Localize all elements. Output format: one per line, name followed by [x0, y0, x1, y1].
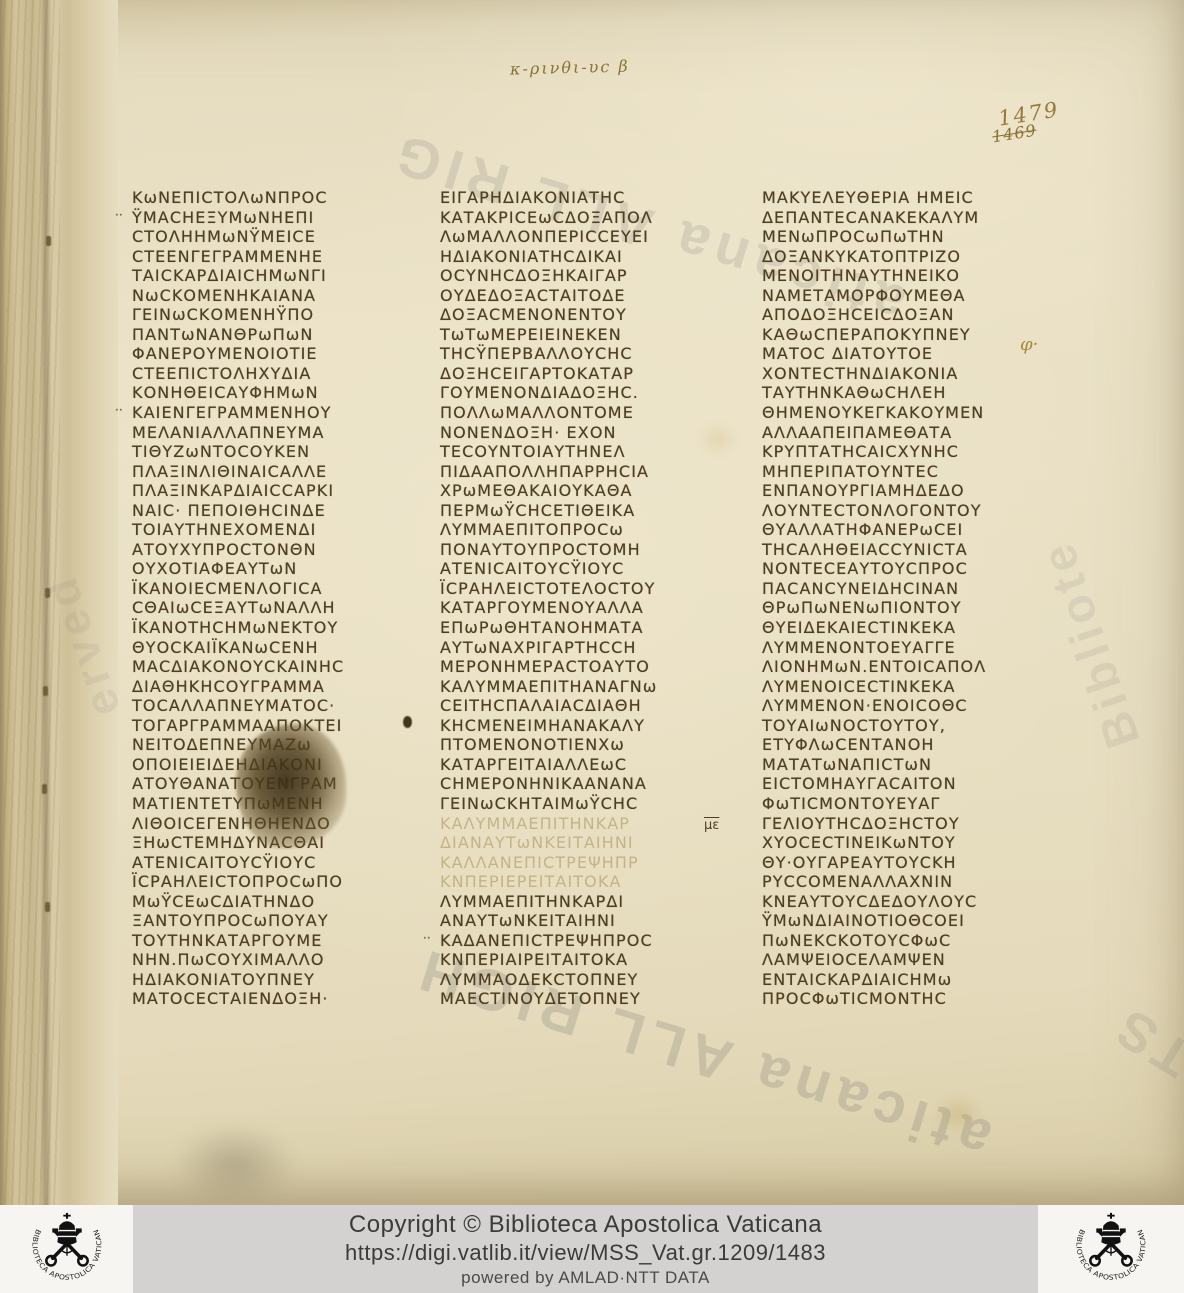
manuscript-line: ΠΑCΑΝCΥΝΕΙΔΗCΙΝΑΝ [762, 579, 1058, 599]
powered-by-line: powered by AMLAD·NTT DATA [133, 1266, 1038, 1289]
parchment-spot [934, 1096, 982, 1132]
copyright-line: Copyright © Biblioteca Apostolica Vatica… [133, 1210, 1038, 1239]
manuscript-line: ΠΟΛΛωΜΑΛΛΟΝΤΟΜΕ [440, 403, 736, 423]
manuscript-line: ΜΕΡΟΝΗΜΕΡΑCΤΟΑΥΤΟ [440, 657, 736, 677]
manuscript-line: ΕΝΠΑΝΟΥΡΓΙΑΜΗΔΕΔΟ [762, 481, 1058, 501]
manuscript-line: ΑΤΟΥΧΥΠΡΟCΤΟΝΘΝ [132, 540, 428, 560]
manuscript-line: ΔΟΞΗCΕΙΓΑΡΤΟΚΑΤΑΡ [440, 364, 736, 384]
manuscript-line: CΤΟΛΗΗΜωΝΫΜΕΙCΕ [132, 227, 428, 247]
vatican-library-logo-icon: BIBLIOTECA APOSTOLICA VATICANA [17, 1207, 117, 1291]
manuscript-line: ··ΚΑΔΑΝΕΠΙCΤΡΕΨΗΠΡΟC [440, 931, 736, 951]
vatican-library-logo-icon: BIBLIOTECA APOSTOLICA VATICANA [1061, 1207, 1161, 1291]
manuscript-line: ΓΕΙΝωCΚΗΤΑΙΜωΫCΗC [440, 794, 736, 814]
manuscript-line: ΜΑΕCΤΙΝΟΥΔΕΤΟΠΝΕΥ [440, 989, 736, 1009]
manuscript-line: ΔΟΞΑCΜΕΝΟΝΕΝΤΟΥ [440, 305, 736, 325]
spine-fold-line [40, 0, 52, 1205]
manuscript-line: ΛΙΟΝΗΜωΝ.ΕΝΤΟΙCΑΠΟΛ [762, 657, 1058, 677]
manuscript-line: ΜΑΤΟCΕCΤΑΙΕΝΔΟΞΗ· [132, 989, 428, 1009]
manuscript-line: ΓΕΙΝωCΚΟΜΕΝΗΫΠΟ [132, 305, 428, 325]
manuscript-line: ΤΗCΫΠΕΡΒΑΛΛΟΥCΗC [440, 344, 736, 364]
manuscript-line: ΛΑΜΨΕΙΟCΕΛΑΜΨΕΝ [762, 950, 1058, 970]
manuscript-line: ΪCΡΑΗΛΕΙCΤΟΤΕΛΟCΤΟΥ [440, 579, 736, 599]
manuscript-line: ΠΛΑΞΙΝΚΑΡΔΙΑΙCCΑΡΚΙ [132, 481, 428, 501]
manuscript-line: ΚΝΕΑΥΤΟΥCΔΕΔΟΥΛΟΥC [762, 892, 1058, 912]
manuscript-line: ΤΗCΑΛΗΘΕΙΑCCΥΝΙCΤΑ [762, 540, 1058, 560]
paragraph-mark: ·· [115, 401, 123, 421]
manuscript-line: ΗΔΙΑΚΟΝΙΑΤΟΥΠΝΕΥ [132, 970, 428, 990]
manuscript-line: ΜΑΚΥΕΛΕΥΘΕΡΙΑ ΗΜΕΙC [762, 188, 1058, 208]
manuscript-line: ΔΕΠΑΝΤΕCΑΝΑΚΕΚΑΛΥΜ [762, 208, 1058, 228]
manuscript-line: ΤΑΙCΚΑΡΔΙΑΙCΗΜωΝΓΙ [132, 266, 428, 286]
paragraph-mark: ·· [115, 206, 123, 226]
manuscript-line: ΠΑΝΤωΝΑΝΘΡωΠωΝ [132, 325, 428, 345]
manuscript-line: ΑΤΕΝΙCΑΙΤΟΥCΫΙΟΥC [440, 559, 736, 579]
manuscript-line: ΚΑΤΑΡΓΟΥΜΕΝΟΥΑΛΛΑ [440, 598, 736, 618]
manuscript-line: ΛΟΥΝΤΕCΤΟΝΛΟΓΟΝΤΟΥ [762, 501, 1058, 521]
manuscript-line: ΚΑΛΥΜΜΑΕΠΙΤΗΑΝΑΓΝω [440, 677, 736, 697]
manuscript-line: ΤΟΙΑΥΤΗΝΕΧΟΜΕΝΔΙ [132, 520, 428, 540]
footer-text-block: Copyright © Biblioteca Apostolica Vatica… [133, 1205, 1038, 1293]
manuscript-line: ΠΟΝΑΥΤΟΥΠΡΟCΤΟΜΗ [440, 540, 736, 560]
manuscript-line: ΕΤΥΦΛωCΕΝΤΑΝΟΗ [762, 735, 1058, 755]
manuscript-column: ΜΑΚΥΕΛΕΥΘΕΡΙΑ ΗΜΕΙCΔΕΠΑΝΤΕCΑΝΑΚΕΚΑΛΥΜΜΕΝ… [762, 188, 1058, 1009]
manuscript-line: ΚΑΤΑΚΡΙCΕωCΔΟΞΑΠΟΛ [440, 208, 736, 228]
manuscript-line: ΜΕΝΟΙΤΗΝΑΥΤΗΝΕΙΚΟ [762, 266, 1058, 286]
manuscript-line: ΕΠωΡωΘΗΤΑΝΟΗΜΑΤΑ [440, 618, 736, 638]
manuscript-line: ΞΑΝΤΟΥΠΡΟCωΠΟΥΑΥ [132, 911, 428, 931]
manuscript-line: ΚΑΛΥΜΜΑΕΠΙΤΗΝΚΑΡ [440, 814, 736, 834]
manuscript-line: ΘΥΟCΚΑΙΪΚΑΝωCΕΝΗ [132, 638, 428, 658]
manuscript-line: ΛΥΜΜΑΟΔΕΚCΤΟΠΝΕΥ [440, 970, 736, 990]
manuscript-line: ΦΑΝΕΡΟΥΜΕΝΟΙΟΤΙΕ [132, 344, 428, 364]
manuscript-line: CΤΕΕΠΙCΤΟΛΗΧΥΔΙΑ [132, 364, 428, 384]
manuscript-line: ΜΑCΔΙΑΚΟΝΟΥCΚΑΙΝΗC [132, 657, 428, 677]
manuscript-line: ΜωΫCΕωCΔΙΑΤΗΝΔΟ [132, 892, 428, 912]
manuscript-line: ΪCΡΑΗΛΕΙCΤΟΠΡΟCωΠΟ [132, 872, 428, 892]
running-title: κ-ρινθι-υϲ β [510, 56, 630, 78]
binding-stitch [45, 588, 50, 598]
parchment-smudge [176, 1126, 294, 1204]
manuscript-line: ΔΙΑΝΑΥΤωΝΚΕΙΤΑΙΗΝΙ [440, 833, 736, 853]
marginal-note: με [704, 818, 719, 833]
manuscript-line: CΤΕΕΝΓΕΓΡΑΜΜΕΝΗΕ [132, 247, 428, 267]
footer-left-cap: BIBLIOTECA APOSTOLICA VATICANA [0, 1205, 133, 1293]
binding-stitch [42, 784, 47, 794]
manuscript-line: ΤΟCΑΛΛΑΠΝΕΥΜΑΤΟC· [132, 696, 428, 716]
manuscript-column: ΚωΝΕΠΙCΤΟΛωΝΠΡΟC··ΫΜΑCΗΕΞΥΜωΝΗΕΠΙCΤΟΛΗΗΜ… [132, 188, 428, 1009]
manuscript-line: ΠΛΑΞΙΝΛΙΘΙΝΑΙCΑΛΛΕ [132, 462, 428, 482]
footer-right-cap: BIBLIOTECA APOSTOLICA VATICANA [1038, 1205, 1184, 1293]
manuscript-line: ΑΝΑΥΤωΝΚΕΙΤΑΙΗΝΙ [440, 911, 736, 931]
manuscript-line: ΧΡωΜΕΘΑΚΑΙΟΥΚΑΘΑ [440, 481, 736, 501]
manuscript-line: ΜΑΤΟC ΔΙΑΤΟΥΤΟΕ [762, 344, 1058, 364]
manuscript-line: ΝΗΝ.ΠωCΟΥΧΙΜΑΛΛΟ [132, 950, 428, 970]
manuscript-line: ΤΟΥΤΗΝΚΑΤΑΡΓΟΥΜΕ [132, 931, 428, 951]
manuscript-line: ΤΙΘΥΖωΝΤΟCΟΥΚΕΝ [132, 442, 428, 462]
manuscript-line: ΛΥΜΕΝΟΙCΕCΤΙΝΚΕΚΑ [762, 677, 1058, 697]
manuscript-line: ΡΥCCΟΜΕΝΑΛΛΑΧΝΙΝ [762, 872, 1058, 892]
source-url: https://digi.vatlib.it/view/MSS_Vat.gr.1… [133, 1239, 1038, 1266]
manuscript-line: ΠΙΔΑΑΠΟΛΛΗΠΑΡΡΗCΙΑ [440, 462, 736, 482]
manuscript-line: ΘΥΑΛΛΑΤΗΦΑΝΕΡωCΕΙ [762, 520, 1058, 540]
manuscript-line: ΤΑΥΤΗΝΚΑΘωCΗΛΕΗ [762, 383, 1058, 403]
manuscript-line: ΧΟΝΤΕCΤΗΝΔΙΑΚΟΝΙΑ [762, 364, 1058, 384]
manuscript-line: ΝΟΝΤΕCΕΑΥΤΟΥCΠΡΟC [762, 559, 1058, 579]
manuscript-line: ΘΥΕΙΔΕΚΑΙΕCΤΙΝΚΕΚΑ [762, 618, 1058, 638]
manuscript-line: ΝΑΜΕΤΑΜΟΡΦΟΥΜΕΘΑ [762, 286, 1058, 306]
manuscript-line: ΚΑΤΑΡΓΕΙΤΑΙΑΛΛΕωC [440, 755, 736, 775]
manuscript-line: ΑΤΟΥΘΑΝΑΤΟΥΕΝΓΡΑΜ [132, 774, 428, 794]
binding-stitch [45, 902, 50, 912]
manuscript-line: ΕΝΤΑΙCΚΑΡΔΙΑΙCΗΜω [762, 970, 1058, 990]
manuscript-line: ΜΕΛΑΝΙΑΛΛΑΠΝΕΥΜΑ [132, 423, 428, 443]
manuscript-line: ΤΟΥΑΙωΝΟCΤΟΥΤΟΥ, [762, 716, 1058, 736]
manuscript-line: ΓΟΥΜΕΝΟΝΔΙΑΔΟΞΗC. [440, 383, 736, 403]
manuscript-line: ΚΡΥΠΤΑΤΗCΑΙCΧΥΝΗC [762, 442, 1058, 462]
manuscript-line: ΟΥΧΟΤΙΑΦΕΑΥΤωΝ [132, 559, 428, 579]
manuscript-line: ΠΤΟΜΕΝΟΝΟΤΙΕΝΧω [440, 735, 736, 755]
manuscript-line: ΛΥΜΜΕΝΟΝΤΟΕΥΑΓΓΕ [762, 638, 1058, 658]
manuscript-line: ΚΟΝΗΘΕΙCΑΥΦΗΜωΝ [132, 383, 428, 403]
manuscript-line: ΕΙΓΑΡΗΔΙΑΚΟΝΙΑΤΗC [440, 188, 736, 208]
manuscript-line: ΪΚΑΝΟΤΗCΗΜωΝΕΚΤΟΥ [132, 618, 428, 638]
manuscript-line: ΚωΝΕΠΙCΤΟΛωΝΠΡΟC [132, 188, 428, 208]
manuscript-line: ΚΑΘωCΠΕΡΑΠΟΚΥΠΝΕΥ [762, 325, 1058, 345]
manuscript-line: ΜΑΤΑΤωΝΑΠΙCΤωΝ [762, 755, 1058, 775]
manuscript-line: ΟΥΔΕΔΟΞΑCΤΑΙΤΟΔΕ [440, 286, 736, 306]
manuscript-line: ΤΟΓΑΡΓΡΑΜΜΑΑΠΟΚΤΕΙ [132, 716, 428, 736]
manuscript-line: ΞΗωCΤΕΜΗΔΥΝΑCΘΑΙ [132, 833, 428, 853]
manuscript-line: ΑΛΛΑΑΠΕΙΠΑΜΕΘΑΤΑ [762, 423, 1058, 443]
manuscript-line: ΧΥΟCΕCΤΙΝΕΙΚωΝΤΟΥ [762, 833, 1058, 853]
manuscript-line: ΕΙCΤΟΜΗΑΥΓΑCΑΙΤΟΝ [762, 774, 1058, 794]
manuscript-line: CΗΜΕΡΟΝΗΝΙΚΑΑΝΑΝΑ [440, 774, 736, 794]
manuscript-line: ΚΝΠΕΡΙΕΡΕΙΤΑΙΤΟΚΑ [440, 872, 736, 892]
manuscript-line: ΛΥΜΜΕΝΟΝ·ΕΝΟΙCΟΘC [762, 696, 1058, 716]
manuscript-line: ΠΕΡΜωΫCΗCΕΤΙΘΕΙΚΑ [440, 501, 736, 521]
manuscript-line: CΘΑΙωCΕΞΑΥΤωΝΑΛΛΗ [132, 598, 428, 618]
manuscript-line: ΠωΝΕΚCΚΟΤΟΥCΦωC [762, 931, 1058, 951]
manuscript-line: ΘΥ·ΟΥΓΑΡΕΑΥΤΟΥCΚΗ [762, 853, 1058, 873]
manuscript-line: ΛΥΜΜΑΕΠΙΤΟΠΡΟCω [440, 520, 736, 540]
manuscript-line: ΗΔΙΑΚΟΝΙΑΤΗCΔΙΚΑΙ [440, 247, 736, 267]
manuscript-line: ΑΠΟΔΟΞΗCΕΙCΔΟΞΑΝ [762, 305, 1058, 325]
manuscript-column: ΕΙΓΑΡΗΔΙΑΚΟΝΙΑΤΗCΚΑΤΑΚΡΙCΕωCΔΟΞΑΠΟΛΛωΜΑΛ… [440, 188, 736, 1009]
folio-number-crossed-out: 1469 [991, 121, 1038, 147]
manuscript-line: ΝΕΙΤΟΔΕΠΝΕΥΜΑΖω [132, 735, 428, 755]
manuscript-line: ΝΑΙC· ΠΕΠΟΙΘΗCΙΝΔΕ [132, 501, 428, 521]
manuscript-line: ΚΑΛΛΑΝΕΠΙCΤΡΕΨΗΠΡ [440, 853, 736, 873]
manuscript-line: ΜΗΠΕΡΙΠΑΤΟΥΝΤΕC [762, 462, 1058, 482]
manuscript-line: ΛΙΘΟΙCΕΓΕΝΗΘΗΕΝΔΟ [132, 814, 428, 834]
manuscript-line: ΜΕΝωΠΡΟCωΠωΤΗΝ [762, 227, 1058, 247]
manuscript-line: ΠΡΟCΦωΤΙCΜΟΝΤΗC [762, 989, 1058, 1009]
manuscript-line: ΚΝΠΕΡΙΑΙΡΕΙΤΑΙΤΟΚΑ [440, 950, 736, 970]
manuscript-line: ΟCΥΝΗCΔΟΞΗΚΑΙΓΑΡ [440, 266, 736, 286]
binding-stitch [46, 236, 51, 246]
manuscript-line: ΪΚΑΝΟΙΕCΜΕΝΛΟΓΙCΑ [132, 579, 428, 599]
manuscript-line: ΫΜωΝΔΙΑΙΝΟΤΙΟΘCΟΕΙ [762, 911, 1058, 931]
manuscript-line: ΝωCΚΟΜΕΝΗΚΑΙΑΝΑ [132, 286, 428, 306]
manuscript-line: ΟΠΟΙΕΙΕΙΔΕΗΔΙΑΚΟΝΙ [132, 755, 428, 775]
manuscript-line: ΤωΤωΜΕΡΕΙΕΙΝΕΚΕΝ [440, 325, 736, 345]
manuscript-line: ΔΙΑΘΗΚΗCΟΥΓΡΑΜΜΑ [132, 677, 428, 697]
copyright-bar: BIBLIOTECA APOSTOLICA VATICANA [0, 1205, 1184, 1293]
manuscript-line: ΘΡωΠωΝΕΝωΠΙΟΝΤΟΥ [762, 598, 1058, 618]
manuscript-photo: aticana ALL RIG aticana ALL RIGH Bibliot… [0, 0, 1184, 1205]
paragraph-mark: ·· [423, 929, 431, 949]
manuscript-line: ΘΗΜΕΝΟΥΚΕΓΚΑΚΟΥΜΕΝ [762, 403, 1058, 423]
manuscript-line: ΝΟΝΕΝΔΟΞΗ· ΕΧΟΝ [440, 423, 736, 443]
manuscript-line: ΓΕΛΙΟΥΤΗCΔΟΞΗCΤΟΥ [762, 814, 1058, 834]
manuscript-line: ΛΥΜΜΑΕΠΙΤΗΝΚΑΡΔΙ [440, 892, 736, 912]
manuscript-line: ΑΥΤωΝΑΧΡΙΓΑΡΤΗCCΗ [440, 638, 736, 658]
manuscript-line: ΔΟΞΑΝΚΥΚΑΤΟΠΤΡΙΖΟ [762, 247, 1058, 267]
manuscript-line: ΚΗCΜΕΝΕΙΜΗΑΝΑΚΑΛΥ [440, 716, 736, 736]
manuscript-line: ΦωΤΙCΜΟΝΤΟΥΕΥΑΓ [762, 794, 1058, 814]
marginal-phi-mark: φ· [1020, 334, 1038, 355]
manuscript-line: ΤΕCΟΥΝΤΟΙΑΥΤΗΝΕΛ [440, 442, 736, 462]
manuscript-line: CΕΙΤΗCΠΑΛΑΙΑCΔΙΑΘΗ [440, 696, 736, 716]
digitized-manuscript-page: aticana ALL RIG aticana ALL RIGH Bibliot… [0, 0, 1184, 1293]
manuscript-line: ΑΤΕΝΙCΑΙΤΟΥCΫΙΟΥC [132, 853, 428, 873]
manuscript-line: ··ΫΜΑCΗΕΞΥΜωΝΗΕΠΙ [132, 208, 428, 228]
manuscript-line: ΜΑΤΙΕΝΤΕΤΥΠωΜΕΝΗ [132, 794, 428, 814]
manuscript-line: ΛωΜΑΛΛΟΝΠΕΡΙCCΕΥΕΙ [440, 227, 736, 247]
manuscript-line: ··ΚΑΙΕΝΓΕΓΡΑΜΜΕΝΗΟΥ [132, 403, 428, 423]
binding-stitch [43, 686, 48, 696]
